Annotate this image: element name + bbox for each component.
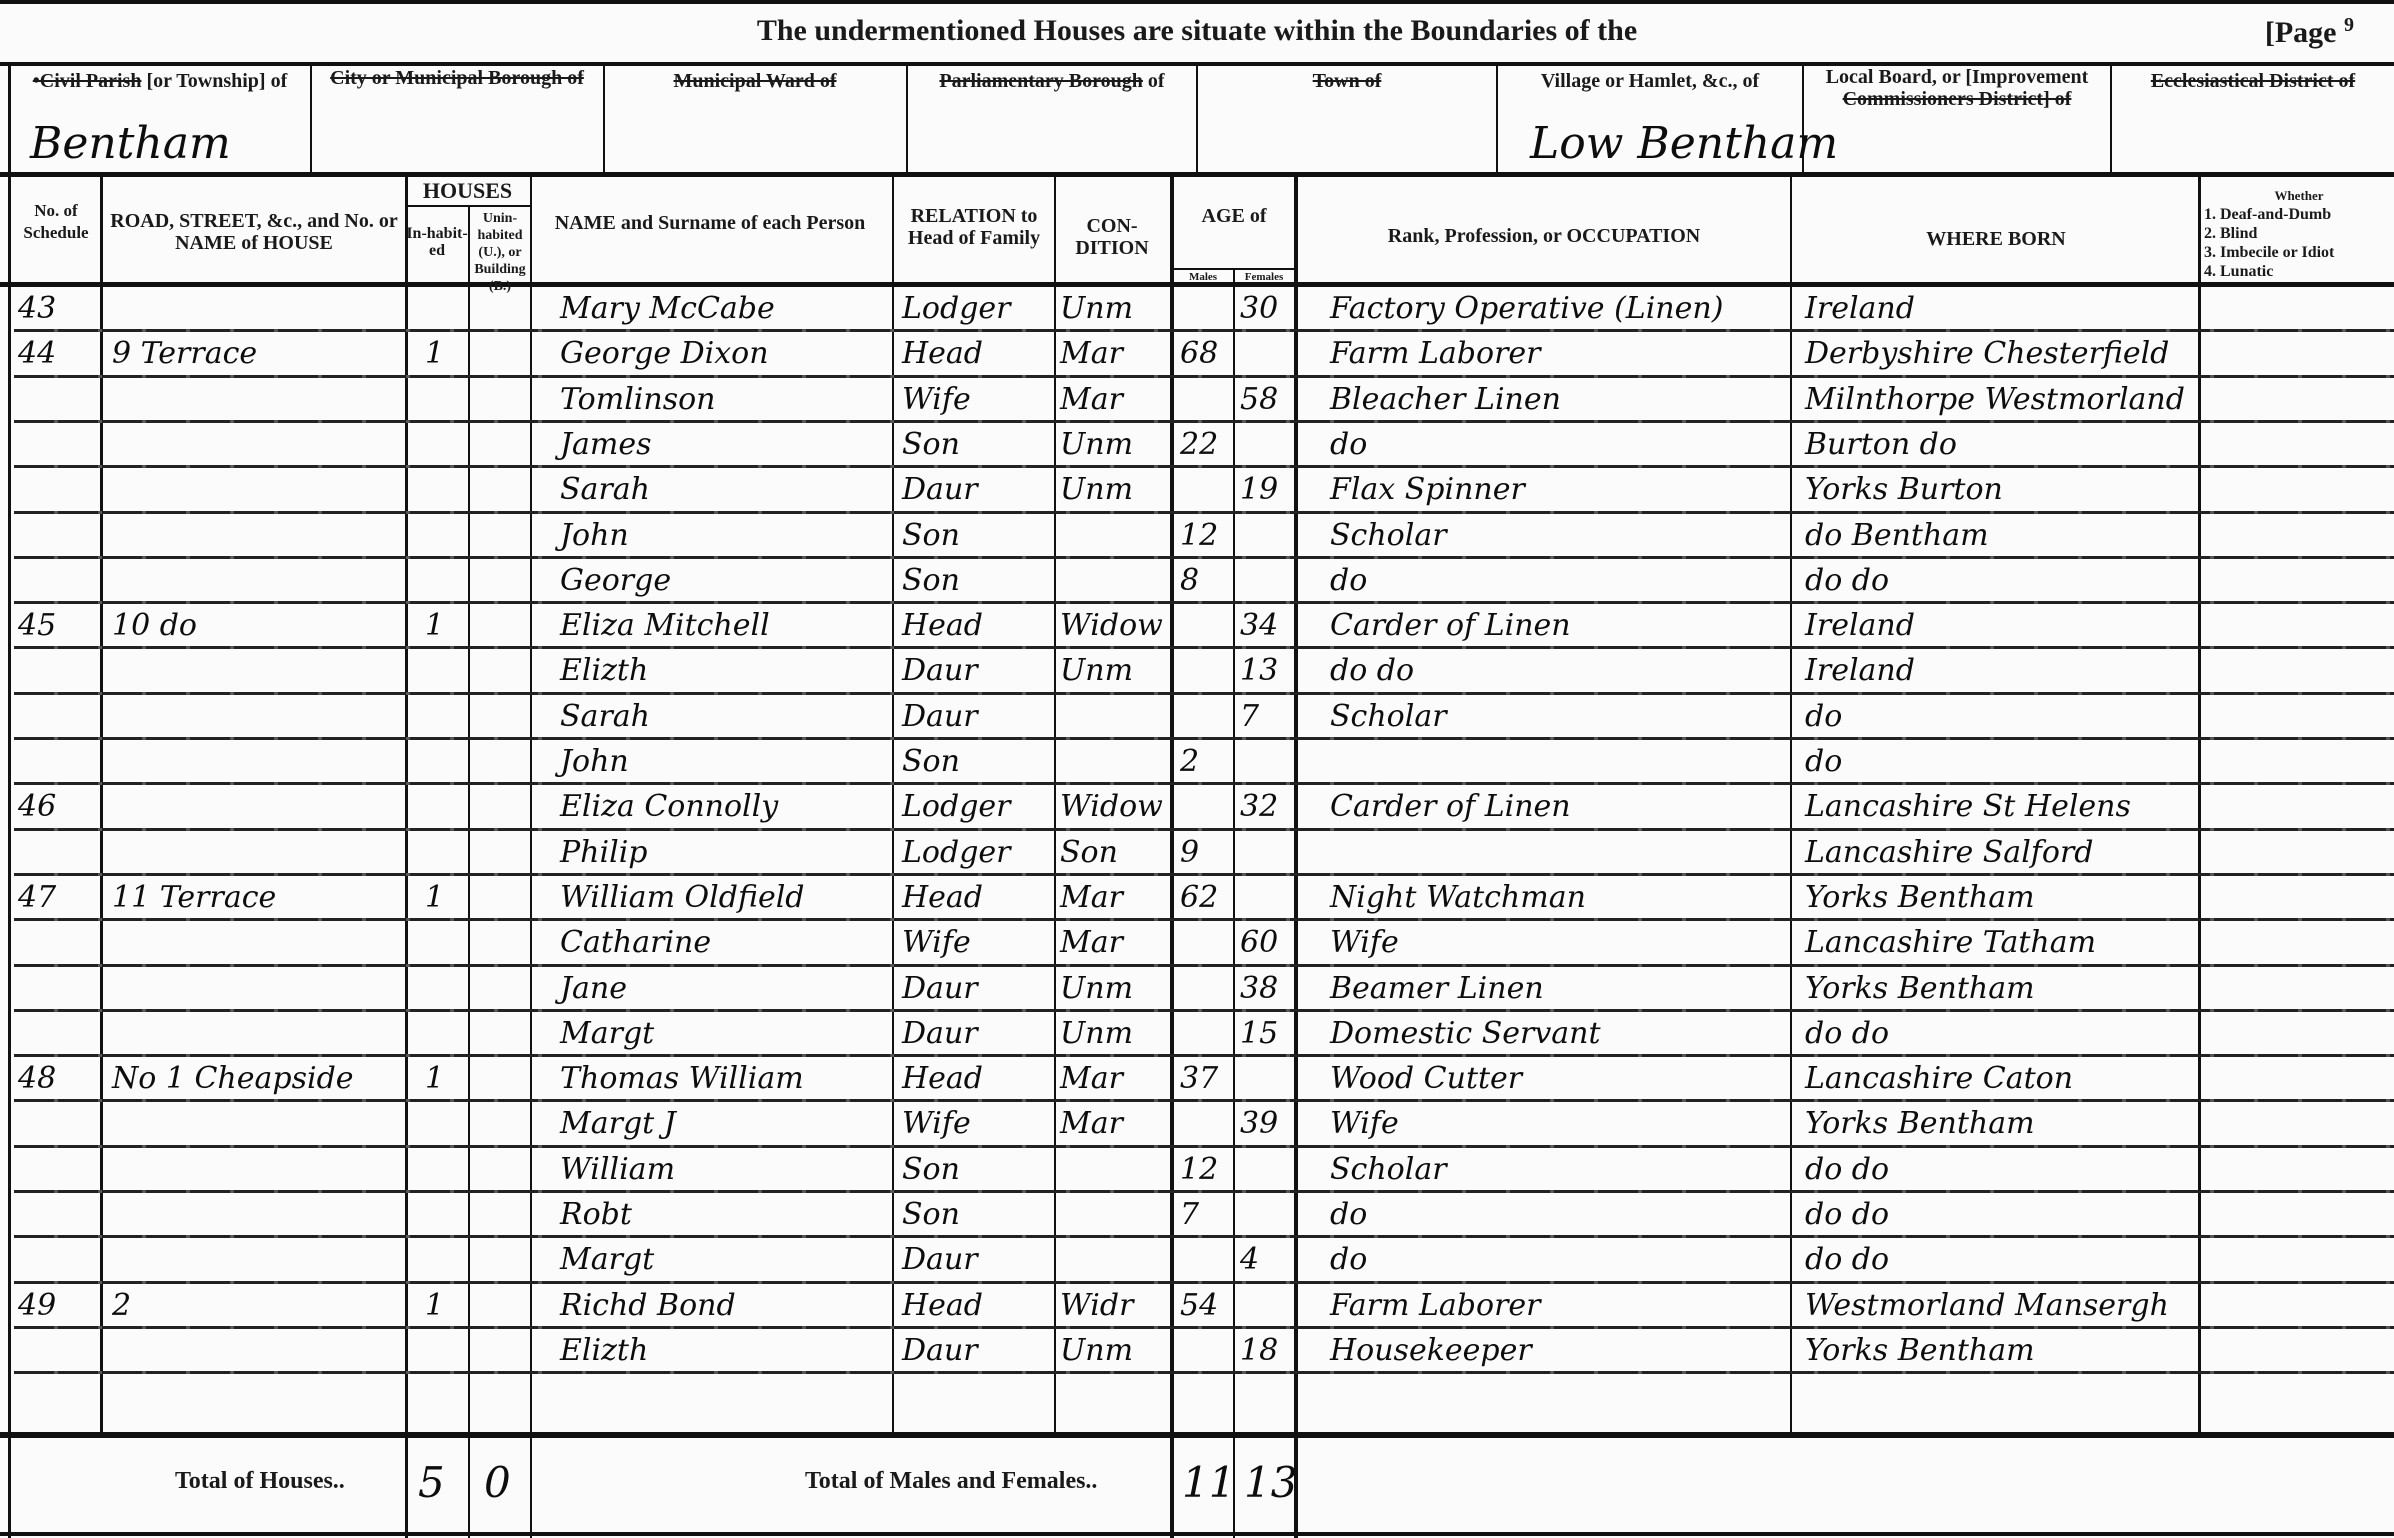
total-inhabited: 5	[418, 1458, 445, 1507]
person-name: Catharine	[560, 925, 711, 960]
occupation: Wife	[1330, 1106, 1399, 1141]
person-name: Robt	[560, 1197, 632, 1232]
relation-to-head: Head	[902, 608, 983, 643]
person-name: Margt	[560, 1242, 654, 1277]
occupation: Carder of Linen	[1330, 608, 1571, 643]
marital-condition: Unm	[1060, 427, 1133, 462]
col-header-inhabited: In-habit-ed	[406, 225, 468, 259]
where-born: do do	[1805, 563, 1889, 598]
person-name: John	[560, 744, 629, 779]
inhabited-count: 1	[425, 608, 444, 643]
row-rule	[14, 420, 2394, 423]
occupation: Factory Operative (Linen)	[1330, 291, 1723, 326]
schedule-number: 48	[18, 1061, 56, 1096]
col-header-females: Females	[1235, 272, 1293, 283]
marital-condition: Unm	[1060, 472, 1133, 507]
marital-condition: Widr	[1060, 1288, 1133, 1323]
infirmity-option: 1. Deaf-and-Dumb	[2204, 205, 2394, 224]
person-name: Philip	[560, 835, 648, 870]
page-label: [Page	[2265, 16, 2337, 49]
relation-to-head: Daur	[902, 472, 978, 507]
relation-to-head: Daur	[902, 971, 978, 1006]
person-name: Richd Bond	[560, 1288, 736, 1323]
person-name: William	[560, 1152, 675, 1187]
row-rule	[14, 737, 2394, 740]
person-name: Eliza Connolly	[560, 789, 778, 824]
col-header-name: NAME and Surname of each Person	[545, 212, 875, 234]
relation-to-head: Son	[902, 563, 960, 598]
row-rule	[14, 1235, 2394, 1238]
male-age: 37	[1180, 1061, 1218, 1096]
male-age: 2	[1180, 744, 1199, 779]
col-header-where-born: WHERE BORN	[1794, 228, 2198, 250]
person-name: Margt	[560, 1016, 654, 1051]
occupation: Scholar	[1330, 1152, 1447, 1187]
boundary-village-value: Low Bentham	[1530, 118, 1838, 169]
boundary-local-board-label: Local Board, or [ImprovementCommissioner…	[1804, 66, 2110, 110]
boundary-civil-parish-value: Bentham	[30, 118, 231, 169]
row-rule	[14, 1099, 2394, 1102]
row-rule	[14, 918, 2394, 921]
marital-condition: Unm	[1060, 653, 1133, 688]
struck-text: •Civil Parish	[33, 70, 142, 92]
struck-text: Parliamentary Borough	[939, 70, 1143, 92]
marital-condition: Widow	[1060, 789, 1163, 824]
occupation: Housekeeper	[1330, 1333, 1532, 1368]
relation-to-head: Daur	[902, 1333, 978, 1368]
row-rule	[14, 465, 2394, 468]
where-born: Yorks Burton	[1805, 472, 2003, 507]
where-born: Milnthorpe Westmorland	[1805, 382, 2185, 417]
person-name: George Dixon	[560, 336, 769, 371]
relation-to-head: Son	[902, 744, 960, 779]
where-born: Ireland	[1805, 608, 1915, 643]
row-rule	[14, 1054, 2394, 1057]
marital-condition: Mar	[1060, 336, 1123, 371]
where-born: Lancashire Salford	[1805, 835, 2094, 870]
male-age: 54	[1180, 1288, 1218, 1323]
marital-condition: Mar	[1060, 382, 1123, 417]
female-age: 7	[1240, 699, 1259, 734]
female-age: 19	[1240, 472, 1278, 507]
relation-to-head: Son	[902, 1197, 960, 1232]
col-header-houses: HOUSES	[405, 180, 530, 202]
marital-condition: Unm	[1060, 1333, 1133, 1368]
page-number-value: 9	[2344, 14, 2354, 36]
where-born: Yorks Bentham	[1805, 880, 2035, 915]
male-age: 9	[1180, 835, 1199, 870]
marital-condition: Mar	[1060, 880, 1123, 915]
occupation: Scholar	[1330, 518, 1447, 553]
marital-condition: Son	[1060, 835, 1118, 870]
occupation: Night Watchman	[1330, 880, 1586, 915]
row-rule	[14, 556, 2394, 559]
male-age: 8	[1180, 563, 1199, 598]
where-born: do do	[1805, 1242, 1889, 1277]
occupation: Wood Cutter	[1330, 1061, 1522, 1096]
boundary-village-label: Village or Hamlet, &c., of	[1498, 70, 1802, 93]
schedule-number: 43	[18, 291, 56, 326]
person-name: William Oldfield	[560, 880, 805, 915]
male-age: 12	[1180, 1152, 1218, 1187]
row-rule	[14, 601, 2394, 604]
relation-to-head: Head	[902, 880, 983, 915]
boundary-town-label: Town of	[1198, 70, 1496, 93]
row-rule	[14, 511, 2394, 514]
person-name: John	[560, 518, 629, 553]
schedule-number: 45	[18, 608, 56, 643]
male-age: 7	[1180, 1197, 1199, 1232]
row-rule	[14, 1371, 2394, 1374]
occupation: Wife	[1330, 925, 1399, 960]
infirmity-option: 3. Imbecile or Idiot	[2204, 243, 2394, 262]
form-title: The undermentioned Houses are situate wi…	[0, 14, 2394, 48]
infirmity-title: Whether	[2204, 186, 2394, 205]
person-name: Margt J	[560, 1106, 676, 1141]
occupation: Farm Laborer	[1330, 336, 1541, 371]
col-header-road: ROAD, STREET, &c., and No. or NAME of HO…	[105, 210, 403, 254]
boundary-municipal-borough-label: City or Municipal Borough of	[312, 66, 602, 90]
where-born: Lancashire Caton	[1805, 1061, 2073, 1096]
col-header-occupation: Rank, Profession, or OCCUPATION	[1300, 225, 1788, 247]
schedule-number: 44	[18, 336, 56, 371]
relation-to-head: Wife	[902, 1106, 971, 1141]
row-rule	[14, 692, 2394, 695]
relation-to-head: Daur	[902, 1016, 978, 1051]
person-name: Elizth	[560, 1333, 648, 1368]
occupation: Domestic Servant	[1330, 1016, 1601, 1051]
occupation: do	[1330, 1197, 1367, 1232]
col-header-schedule: No. of Schedule	[12, 200, 100, 244]
total-males: 11	[1182, 1458, 1235, 1507]
col-header-males: Males	[1174, 272, 1232, 283]
row-rule	[14, 1326, 2394, 1329]
female-age: 32	[1240, 789, 1278, 824]
road-address: 2	[112, 1288, 131, 1323]
row-rule	[14, 375, 2394, 378]
person-name: Tomlinson	[560, 382, 715, 417]
where-born: Derbyshire Chesterfield	[1805, 336, 2169, 371]
col-header-condition: CON-DITION	[1056, 215, 1168, 259]
where-born: Lancashire St Helens	[1805, 789, 2131, 824]
relation-to-head: Son	[902, 518, 960, 553]
relation-to-head: Head	[902, 336, 983, 371]
boundary-municipal-ward-label: Municipal Ward of	[605, 70, 905, 93]
female-age: 38	[1240, 971, 1278, 1006]
where-born: do Bentham	[1805, 518, 1989, 553]
where-born: Yorks Bentham	[1805, 971, 2035, 1006]
male-age: 12	[1180, 518, 1218, 553]
female-age: 58	[1240, 382, 1278, 417]
road-address: No 1 Cheapside	[112, 1061, 354, 1096]
person-name: Sarah	[560, 472, 650, 507]
male-age: 68	[1180, 336, 1218, 371]
person-name: Elizth	[560, 653, 648, 688]
female-age: 34	[1240, 608, 1278, 643]
row-rule	[14, 1281, 2394, 1284]
inhabited-count: 1	[425, 880, 444, 915]
male-age: 22	[1180, 427, 1218, 462]
inhabited-count: 1	[425, 336, 444, 371]
female-age: 60	[1240, 925, 1278, 960]
row-rule	[14, 1190, 2394, 1193]
occupation: Scholar	[1330, 699, 1447, 734]
relation-to-head: Lodger	[902, 291, 1011, 326]
relation-to-head: Daur	[902, 1242, 978, 1277]
where-born: do do	[1805, 1152, 1889, 1187]
occupation: do do	[1330, 653, 1414, 688]
person-name: Jane	[560, 971, 627, 1006]
inhabited-count: 1	[425, 1288, 444, 1323]
infirmity-option: 4. Lunatic	[2204, 262, 2394, 281]
schedule-number: 46	[18, 789, 56, 824]
row-rule	[14, 828, 2394, 831]
relation-to-head: Wife	[902, 382, 971, 417]
where-born: do	[1805, 699, 1842, 734]
infirmity-option: 2. Blind	[2204, 224, 2394, 243]
occupation: Flax Spinner	[1330, 472, 1525, 507]
where-born: Westmorland Mansergh	[1805, 1288, 2169, 1323]
where-born: Burton do	[1805, 427, 1957, 462]
relation-to-head: Wife	[902, 925, 971, 960]
where-born: Lancashire Tatham	[1805, 925, 2096, 960]
female-age: 4	[1240, 1242, 1259, 1277]
col-header-relation: RELATION to Head of Family	[895, 205, 1053, 249]
occupation: Bleacher Linen	[1330, 382, 1561, 417]
person-name: Thomas William	[560, 1061, 804, 1096]
col-header-uninhabited: Unin-habited (U.), or Building (B.)	[470, 210, 530, 295]
relation-to-head: Lodger	[902, 789, 1011, 824]
relation-to-head: Head	[902, 1061, 983, 1096]
where-born: Yorks Bentham	[1805, 1333, 2035, 1368]
total-houses-label: Total of Houses..	[175, 1468, 345, 1495]
marital-condition: Mar	[1060, 1106, 1123, 1141]
row-rule	[14, 964, 2394, 967]
occupation: do	[1330, 427, 1367, 462]
struck-text: Commissioners District] of	[1843, 88, 2072, 110]
where-born: do do	[1805, 1197, 1889, 1232]
col-header-infirmity: Whether 1. Deaf-and-Dumb 2. Blind 3. Imb…	[2204, 186, 2394, 281]
census-sheet: The undermentioned Houses are situate wi…	[0, 0, 2394, 1538]
row-rule	[14, 646, 2394, 649]
inhabited-count: 1	[425, 1061, 444, 1096]
where-born: Ireland	[1805, 653, 1915, 688]
total-persons-label: Total of Males and Females..	[805, 1468, 1097, 1495]
marital-condition: Unm	[1060, 1016, 1133, 1051]
where-born: Yorks Bentham	[1805, 1106, 2035, 1141]
schedule-number: 47	[18, 880, 56, 915]
where-born: do	[1805, 744, 1842, 779]
total-females: 13	[1244, 1458, 1297, 1507]
person-name: Sarah	[560, 699, 650, 734]
marital-condition: Widow	[1060, 608, 1163, 643]
road-address: 9 Terrace	[112, 336, 257, 371]
occupation: do	[1330, 1242, 1367, 1277]
relation-to-head: Daur	[902, 653, 978, 688]
marital-condition: Mar	[1060, 1061, 1123, 1096]
where-born: Ireland	[1805, 291, 1915, 326]
female-age: 18	[1240, 1333, 1278, 1368]
female-age: 15	[1240, 1016, 1278, 1051]
col-header-age: AGE of	[1174, 205, 1294, 227]
row-rule	[14, 782, 2394, 785]
marital-condition: Unm	[1060, 971, 1133, 1006]
relation-to-head: Son	[902, 427, 960, 462]
boundary-ecclesiastical-label: Ecclesiastical District of	[2112, 70, 2394, 93]
female-age: 30	[1240, 291, 1278, 326]
person-name: Eliza Mitchell	[560, 608, 770, 643]
row-rule	[14, 329, 2394, 332]
occupation: Beamer Linen	[1330, 971, 1544, 1006]
relation-to-head: Head	[902, 1288, 983, 1323]
marital-condition: Mar	[1060, 925, 1123, 960]
page-number: [Page 9	[2265, 14, 2354, 50]
marital-condition: Unm	[1060, 291, 1133, 326]
relation-to-head: Lodger	[902, 835, 1011, 870]
female-age: 39	[1240, 1106, 1278, 1141]
boundary-parliamentary-borough-label: Parliamentary Borough of	[908, 70, 1196, 93]
boundary-civil-parish-label: •Civil Parish [or Township] of	[10, 70, 310, 93]
occupation: do	[1330, 563, 1367, 598]
row-rule	[14, 873, 2394, 876]
schedule-number: 49	[18, 1288, 56, 1323]
road-address: 11 Terrace	[112, 880, 276, 915]
where-born: do do	[1805, 1016, 1889, 1051]
occupation: Farm Laborer	[1330, 1288, 1541, 1323]
occupation: Carder of Linen	[1330, 789, 1571, 824]
person-name: James	[560, 427, 652, 462]
row-rule	[14, 1009, 2394, 1012]
row-rule	[14, 1145, 2394, 1148]
male-age: 62	[1180, 880, 1218, 915]
person-name: Mary McCabe	[560, 291, 775, 326]
female-age: 13	[1240, 653, 1278, 688]
person-name: George	[560, 563, 671, 598]
relation-to-head: Daur	[902, 699, 978, 734]
total-uninhabited: 0	[484, 1458, 511, 1507]
road-address: 10 do	[112, 608, 197, 643]
relation-to-head: Son	[902, 1152, 960, 1187]
